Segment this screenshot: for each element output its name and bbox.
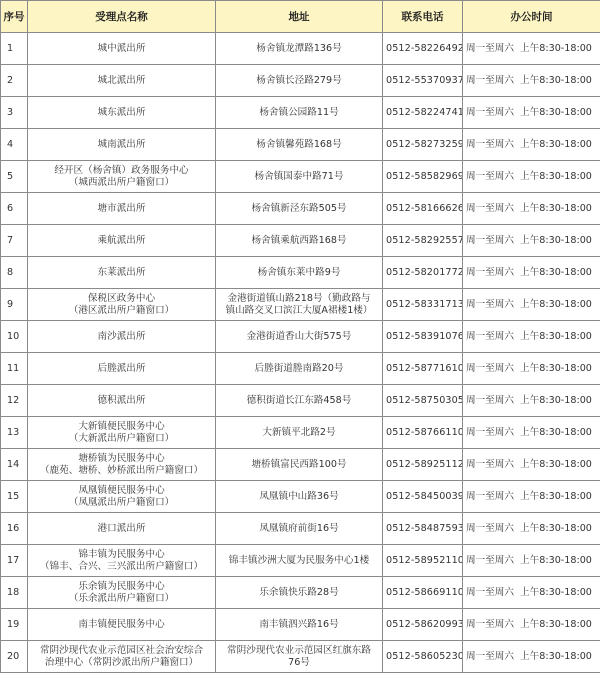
cell-name: 城中派出所 <box>28 33 216 65</box>
cell-name: 德积派出所 <box>28 385 216 417</box>
cell-hours: 周一至周六 上午8:30-18:00 <box>463 385 600 417</box>
table-row: 14塘桥镇为民服务中心（鹿苑、塘桥、妙桥派出所户籍窗口）塘桥镇富民西路100号0… <box>1 449 600 481</box>
cell-name: 乐余镇为民服务中心（乐余派出所户籍窗口） <box>28 577 216 609</box>
cell-address-line: 德积街道长江东路458号 <box>216 395 382 407</box>
cell-address-line: 凤凰镇中山路36号 <box>216 491 382 503</box>
cell-address-line: 杨舍镇国泰中路71号 <box>216 171 382 183</box>
cell-name-line: （乐余派出所户籍窗口） <box>28 593 215 605</box>
cell-hours: 周一至周六 上午8:30-18:00 <box>463 129 600 161</box>
cell-phone: 0512-58292557 <box>383 225 463 257</box>
cell-name-line: 治理中心（常阴沙派出所户籍窗口） <box>28 657 215 669</box>
cell-phone: 0512-58620993 <box>383 609 463 641</box>
cell-address-line: 金港街道香山大街575号 <box>216 331 382 343</box>
table-body: 1城中派出所杨舍镇龙潭路136号0512-58226492周一至周六 上午8:3… <box>1 33 600 673</box>
cell-name-line: 经开区（杨舍镇）政务服务中心 <box>28 165 215 177</box>
cell-name: 南沙派出所 <box>28 321 216 353</box>
cell-address-line: 常阴沙现代农业示范园区红旗东路 <box>216 645 382 657</box>
cell-name: 大新镇便民服务中心（大新派出所户籍窗口） <box>28 417 216 449</box>
cell-address-line: 76号 <box>216 657 382 669</box>
cell-address: 杨舍镇公园路11号 <box>216 97 383 129</box>
header-name: 受理点名称 <box>28 1 216 33</box>
cell-address: 常阴沙现代农业示范园区红旗东路76号 <box>216 641 383 673</box>
cell-address-line: 杨舍镇乘航西路168号 <box>216 235 382 247</box>
cell-seq: 7 <box>1 225 28 257</box>
cell-hours: 周一至周六 上午8:30-18:00 <box>463 97 600 129</box>
cell-name-line: 常阴沙现代农业示范园区社会治安综合 <box>28 645 215 657</box>
table-header-row: 序号 受理点名称 地址 联系电话 办公时间 <box>1 1 600 33</box>
table-row: 20常阴沙现代农业示范园区社会治安综合治理中心（常阴沙派出所户籍窗口）常阴沙现代… <box>1 641 600 673</box>
cell-phone: 0512-58487593 <box>383 513 463 545</box>
cell-phone: 0512-58605230 <box>383 641 463 673</box>
table-row: 13大新镇便民服务中心（大新派出所户籍窗口）大新镇平北路2号0512-58766… <box>1 417 600 449</box>
cell-phone: 0512-58391076 <box>383 321 463 353</box>
cell-address: 锦丰镇沙洲大厦为民服务中心1楼 <box>216 545 383 577</box>
cell-name: 塘市派出所 <box>28 193 216 225</box>
cell-phone: 0512-58925112 <box>383 449 463 481</box>
cell-name: 城北派出所 <box>28 65 216 97</box>
table-row: 16港口派出所凤凰镇府前街16号0512-58487593周一至周六 上午8:3… <box>1 513 600 545</box>
cell-name-line: 东莱派出所 <box>28 267 215 279</box>
cell-address-line: 凤凰镇府前街16号 <box>216 523 382 535</box>
cell-address: 杨舍镇国泰中路71号 <box>216 161 383 193</box>
table-row: 8东莱派出所杨舍镇东莱中路9号0512-58201772周一至周六 上午8:30… <box>1 257 600 289</box>
table-row: 12德积派出所德积街道长江东路458号0512-58750305周一至周六 上午… <box>1 385 600 417</box>
table-row: 19南丰镇便民服务中心南丰镇泗兴路16号0512-58620993周一至周六 上… <box>1 609 600 641</box>
cell-name: 锦丰镇为民服务中心（锦丰、合兴、三兴派出所户籍窗口） <box>28 545 216 577</box>
service-points-table: 序号 受理点名称 地址 联系电话 办公时间 1城中派出所杨舍镇龙潭路136号05… <box>0 0 600 673</box>
cell-hours: 周一至周六 上午8:30-18:00 <box>463 257 600 289</box>
cell-name-line: 城东派出所 <box>28 107 215 119</box>
cell-address-line: 镇山路交叉口滨江大厦A裙楼1楼） <box>216 305 382 317</box>
cell-name-line: （凤凰派出所户籍窗口） <box>28 497 215 509</box>
cell-phone: 0512-58582969 <box>383 161 463 193</box>
cell-seq: 17 <box>1 545 28 577</box>
cell-address: 德积街道长江东路458号 <box>216 385 383 417</box>
cell-name-line: 乐余镇为民服务中心 <box>28 581 215 593</box>
cell-phone: 0512-58273259 <box>383 129 463 161</box>
cell-address-line: 乐余镇快乐路28号 <box>216 587 382 599</box>
cell-name: 南丰镇便民服务中心 <box>28 609 216 641</box>
header-address: 地址 <box>216 1 383 33</box>
cell-address: 塘桥镇富民西路100号 <box>216 449 383 481</box>
cell-phone: 0512-58201772 <box>383 257 463 289</box>
cell-address: 乐余镇快乐路28号 <box>216 577 383 609</box>
cell-phone: 0512-58766110 <box>383 417 463 449</box>
cell-address-line: 杨舍镇长泾路279号 <box>216 75 382 87</box>
cell-name: 东莱派出所 <box>28 257 216 289</box>
table-row: 10南沙派出所金港街道香山大街575号0512-58391076周一至周六 上午… <box>1 321 600 353</box>
cell-name-line: 后塍派出所 <box>28 363 215 375</box>
cell-phone: 0512-58226492 <box>383 33 463 65</box>
cell-address-line: 锦丰镇沙洲大厦为民服务中心1楼 <box>216 555 382 567</box>
cell-hours: 周一至周六 上午8:30-18:00 <box>463 449 600 481</box>
cell-name-line: 南丰镇便民服务中心 <box>28 619 215 631</box>
cell-hours: 周一至周六 上午8:30-18:00 <box>463 193 600 225</box>
cell-phone: 0512-58952110 <box>383 545 463 577</box>
cell-address: 杨舍镇东莱中路9号 <box>216 257 383 289</box>
cell-address-line: 杨舍镇新泾东路505号 <box>216 203 382 215</box>
header-phone: 联系电话 <box>383 1 463 33</box>
cell-address: 杨舍镇馨苑路168号 <box>216 129 383 161</box>
cell-name: 城东派出所 <box>28 97 216 129</box>
cell-address: 杨舍镇乘航西路168号 <box>216 225 383 257</box>
table-row: 17锦丰镇为民服务中心（锦丰、合兴、三兴派出所户籍窗口）锦丰镇沙洲大厦为民服务中… <box>1 545 600 577</box>
cell-address: 凤凰镇中山路36号 <box>216 481 383 513</box>
cell-seq: 2 <box>1 65 28 97</box>
cell-address: 南丰镇泗兴路16号 <box>216 609 383 641</box>
cell-address: 后塍街道塍南路20号 <box>216 353 383 385</box>
cell-address-line: 杨舍镇馨苑路168号 <box>216 139 382 151</box>
cell-name-line: 南沙派出所 <box>28 331 215 343</box>
cell-name-line: 城南派出所 <box>28 139 215 151</box>
cell-name-line: 凤凰镇便民服务中心 <box>28 485 215 497</box>
cell-hours: 周一至周六 上午8:30-18:00 <box>463 33 600 65</box>
cell-name-line: （城西派出所户籍窗口） <box>28 177 215 189</box>
cell-phone: 0512-58669110 <box>383 577 463 609</box>
cell-name-line: 德积派出所 <box>28 395 215 407</box>
table-row: 1城中派出所杨舍镇龙潭路136号0512-58226492周一至周六 上午8:3… <box>1 33 600 65</box>
cell-address-line: 大新镇平北路2号 <box>216 427 382 439</box>
cell-name-line: （大新派出所户籍窗口） <box>28 433 215 445</box>
cell-seq: 1 <box>1 33 28 65</box>
cell-address-line: 后塍街道塍南路20号 <box>216 363 382 375</box>
cell-phone: 0512-58166626 <box>383 193 463 225</box>
cell-seq: 3 <box>1 97 28 129</box>
cell-name-line: 大新镇便民服务中心 <box>28 421 215 433</box>
cell-hours: 周一至周六 上午8:30-18:00 <box>463 481 600 513</box>
cell-seq: 11 <box>1 353 28 385</box>
cell-hours: 周一至周六 上午8:30-18:00 <box>463 417 600 449</box>
cell-address: 金港街道香山大街575号 <box>216 321 383 353</box>
cell-name: 港口派出所 <box>28 513 216 545</box>
cell-hours: 周一至周六 上午8:30-18:00 <box>463 609 600 641</box>
cell-seq: 6 <box>1 193 28 225</box>
cell-name-line: 保税区政务中心 <box>28 293 215 305</box>
cell-name: 常阴沙现代农业示范园区社会治安综合治理中心（常阴沙派出所户籍窗口） <box>28 641 216 673</box>
cell-name-line: （锦丰、合兴、三兴派出所户籍窗口） <box>28 561 215 573</box>
table-row: 18乐余镇为民服务中心（乐余派出所户籍窗口）乐余镇快乐路28号0512-5866… <box>1 577 600 609</box>
table-row: 7乘航派出所杨舍镇乘航西路168号0512-58292557周一至周六 上午8:… <box>1 225 600 257</box>
cell-address: 杨舍镇龙潭路136号 <box>216 33 383 65</box>
cell-address-line: 南丰镇泗兴路16号 <box>216 619 382 631</box>
cell-address: 金港街道镇山路218号（勤政路与镇山路交叉口滨江大厦A裙楼1楼） <box>216 289 383 321</box>
cell-name: 凤凰镇便民服务中心（凤凰派出所户籍窗口） <box>28 481 216 513</box>
cell-seq: 10 <box>1 321 28 353</box>
cell-hours: 周一至周六 上午8:30-18:00 <box>463 577 600 609</box>
cell-address-line: 杨舍镇龙潭路136号 <box>216 43 382 55</box>
cell-seq: 18 <box>1 577 28 609</box>
cell-name-line: 锦丰镇为民服务中心 <box>28 549 215 561</box>
cell-name: 经开区（杨舍镇）政务服务中心（城西派出所户籍窗口） <box>28 161 216 193</box>
cell-seq: 14 <box>1 449 28 481</box>
cell-hours: 周一至周六 上午8:30-18:00 <box>463 65 600 97</box>
cell-phone: 0512-58750305 <box>383 385 463 417</box>
cell-seq: 20 <box>1 641 28 673</box>
cell-name-line: 港口派出所 <box>28 523 215 535</box>
cell-seq: 12 <box>1 385 28 417</box>
cell-hours: 周一至周六 上午8:30-18:00 <box>463 289 600 321</box>
cell-seq: 13 <box>1 417 28 449</box>
cell-address-line: 杨舍镇东莱中路9号 <box>216 267 382 279</box>
table-row: 9保税区政务中心（港区派出所户籍窗口）金港街道镇山路218号（勤政路与镇山路交叉… <box>1 289 600 321</box>
cell-phone: 0512-58771610 <box>383 353 463 385</box>
cell-name-line: 乘航派出所 <box>28 235 215 247</box>
cell-name: 后塍派出所 <box>28 353 216 385</box>
cell-name-line: 塘桥镇为民服务中心 <box>28 453 215 465</box>
table-row: 5经开区（杨舍镇）政务服务中心（城西派出所户籍窗口）杨舍镇国泰中路71号0512… <box>1 161 600 193</box>
cell-address: 大新镇平北路2号 <box>216 417 383 449</box>
cell-address-line: 塘桥镇富民西路100号 <box>216 459 382 471</box>
cell-hours: 周一至周六 上午8:30-18:00 <box>463 225 600 257</box>
cell-name: 乘航派出所 <box>28 225 216 257</box>
cell-address: 凤凰镇府前街16号 <box>216 513 383 545</box>
cell-name: 塘桥镇为民服务中心（鹿苑、塘桥、妙桥派出所户籍窗口） <box>28 449 216 481</box>
table-row: 6塘市派出所杨舍镇新泾东路505号0512-58166626周一至周六 上午8:… <box>1 193 600 225</box>
cell-name-line: （港区派出所户籍窗口） <box>28 305 215 317</box>
table-row: 4城南派出所杨舍镇馨苑路168号0512-58273259周一至周六 上午8:3… <box>1 129 600 161</box>
cell-name: 城南派出所 <box>28 129 216 161</box>
table-row: 11后塍派出所后塍街道塍南路20号0512-58771610周一至周六 上午8:… <box>1 353 600 385</box>
cell-hours: 周一至周六 上午8:30-18:00 <box>463 545 600 577</box>
cell-phone: 0512-55370937 <box>383 65 463 97</box>
cell-seq: 19 <box>1 609 28 641</box>
cell-hours: 周一至周六 上午8:30-18:00 <box>463 513 600 545</box>
cell-name-line: 塘市派出所 <box>28 203 215 215</box>
cell-seq: 5 <box>1 161 28 193</box>
cell-address: 杨舍镇新泾东路505号 <box>216 193 383 225</box>
cell-seq: 16 <box>1 513 28 545</box>
cell-hours: 周一至周六 上午8:30-18:00 <box>463 161 600 193</box>
table-row: 2城北派出所杨舍镇长泾路279号0512-55370937周一至周六 上午8:3… <box>1 65 600 97</box>
cell-name-line: 城北派出所 <box>28 75 215 87</box>
cell-name-line: 城中派出所 <box>28 43 215 55</box>
cell-seq: 15 <box>1 481 28 513</box>
cell-seq: 4 <box>1 129 28 161</box>
cell-hours: 周一至周六 上午8:30-18:00 <box>463 353 600 385</box>
cell-address-line: 金港街道镇山路218号（勤政路与 <box>216 293 382 305</box>
cell-address: 杨舍镇长泾路279号 <box>216 65 383 97</box>
header-hours: 办公时间 <box>463 1 600 33</box>
cell-name-line: （鹿苑、塘桥、妙桥派出所户籍窗口） <box>28 465 215 477</box>
cell-name: 保税区政务中心（港区派出所户籍窗口） <box>28 289 216 321</box>
table-row: 3城东派出所杨舍镇公园路11号0512-58224741周一至周六 上午8:30… <box>1 97 600 129</box>
cell-seq: 9 <box>1 289 28 321</box>
header-seq: 序号 <box>1 1 28 33</box>
table-row: 15凤凰镇便民服务中心（凤凰派出所户籍窗口）凤凰镇中山路36号0512-5845… <box>1 481 600 513</box>
cell-phone: 0512-58450039 <box>383 481 463 513</box>
cell-hours: 周一至周六 上午8:30-18:00 <box>463 641 600 673</box>
cell-address-line: 杨舍镇公园路11号 <box>216 107 382 119</box>
cell-phone: 0512-58331713 <box>383 289 463 321</box>
cell-seq: 8 <box>1 257 28 289</box>
cell-hours: 周一至周六 上午8:30-18:00 <box>463 321 600 353</box>
cell-phone: 0512-58224741 <box>383 97 463 129</box>
